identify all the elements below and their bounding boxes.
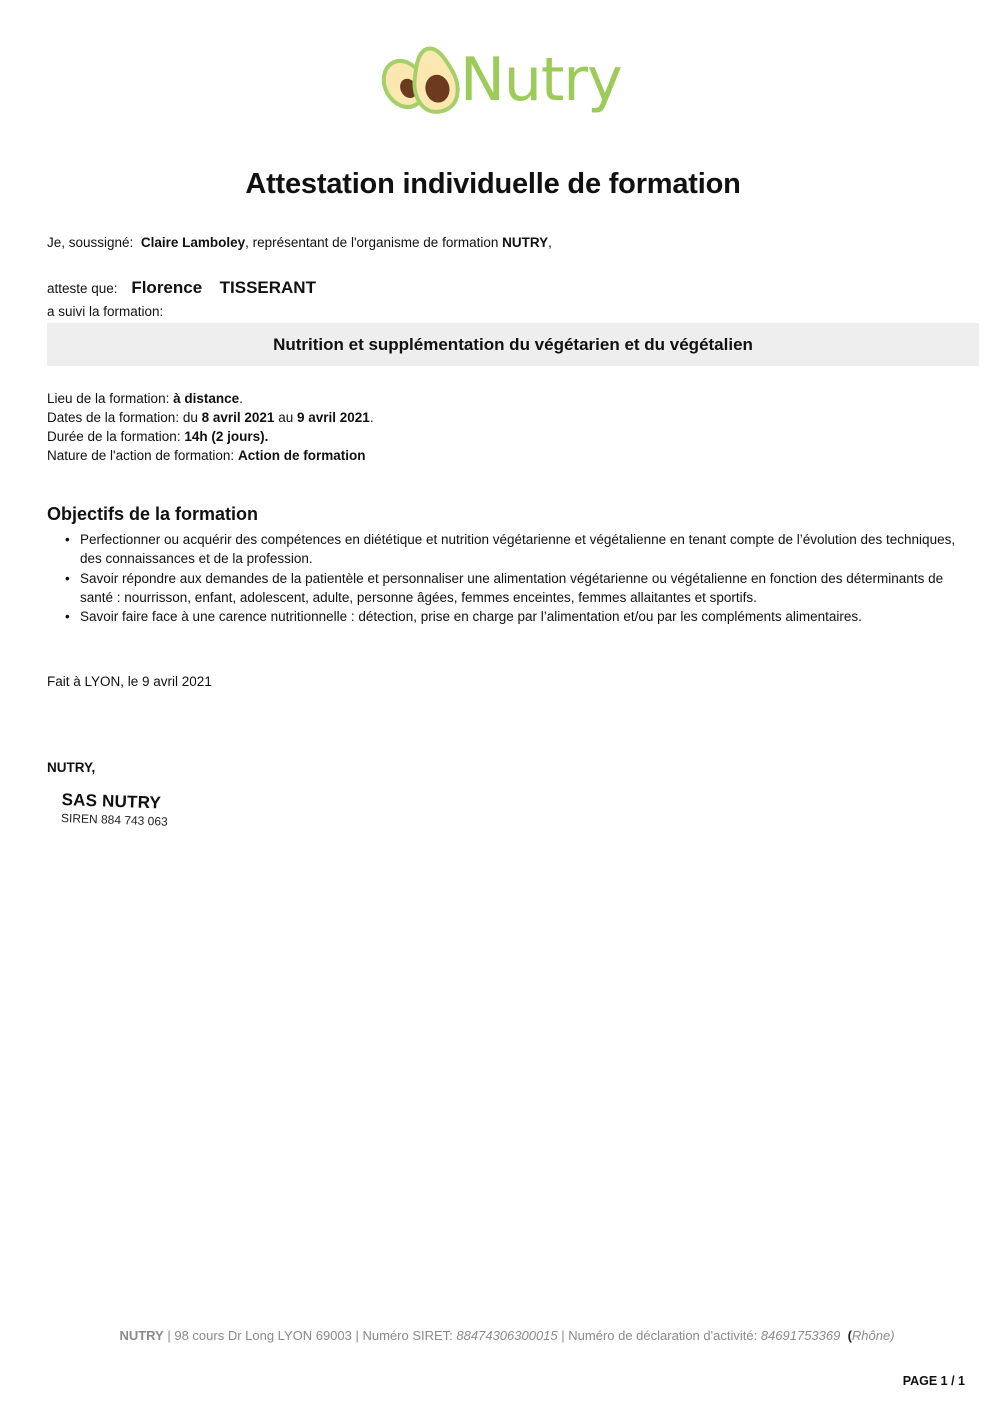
intro-line: Je, soussigné: Claire Lamboley, représen…	[47, 233, 552, 252]
training-details: Lieu de la formation: à distance. Dates …	[47, 389, 374, 465]
stamp-siren: SIREN 884 743 063	[61, 811, 168, 829]
objective-text: Savoir répondre aux demandes de la patie…	[80, 571, 943, 605]
page-title: Attestation individuelle de formation	[0, 168, 986, 201]
stamp-name: SAS NUTRY	[61, 790, 168, 814]
page-number: PAGE 1 / 1	[903, 1374, 965, 1388]
company-stamp: SAS NUTRY SIREN 884 743 063	[61, 790, 169, 829]
detail-lieu: Lieu de la formation: à distance.	[47, 389, 374, 408]
lieu-value: à distance	[173, 391, 239, 406]
objectives-list: •Perfectionner ou acquérir des compétenc…	[80, 530, 960, 626]
objective-text: Savoir faire face à une carence nutritio…	[80, 609, 862, 624]
nature-value: Action de formation	[238, 448, 366, 463]
attest-label: atteste que:	[47, 281, 118, 296]
course-title: Nutrition et supplémentation du végétari…	[273, 335, 753, 355]
nutry-logo: Nutry	[380, 40, 640, 120]
footer-decl-label: Numéro de déclaration d'activité:	[568, 1328, 757, 1343]
footer-siret-label: Numéro SIRET:	[362, 1328, 452, 1343]
dates-mid: au	[278, 410, 293, 425]
objectives-heading: Objectifs de la formation	[47, 504, 258, 525]
list-item: •Savoir faire face à une carence nutriti…	[80, 607, 960, 626]
dates-end: .	[370, 410, 374, 425]
lieu-label: Lieu de la formation:	[47, 391, 169, 406]
trainee-name: Florence TISSERANT	[131, 278, 316, 297]
date-end: 9 avril 2021	[297, 410, 370, 425]
course-title-band: Nutrition et supplémentation du végétari…	[47, 323, 979, 366]
intro-prefix: Je, soussigné:	[47, 235, 133, 250]
lieu-end: .	[239, 391, 243, 406]
organism-name: NUTRY	[502, 235, 548, 250]
intro-middle: , représentant de l'organisme de formati…	[245, 235, 498, 250]
footer-sep: |	[558, 1328, 569, 1343]
footer-decl: 84691753369	[761, 1328, 841, 1343]
attest-line: atteste que: Florence TISSERANT	[47, 278, 316, 298]
intro-suffix: ,	[548, 235, 552, 250]
nature-label: Nature de l'action de formation:	[47, 448, 234, 463]
attestation-document: Nutry Attestation individuelle de format…	[0, 0, 986, 1410]
duree-value: 14h (2 jours).	[184, 429, 268, 444]
place-date: Fait à LYON, le 9 avril 2021	[47, 672, 212, 691]
bullet-icon: •	[65, 607, 70, 626]
duree-label: Durée de la formation:	[47, 429, 181, 444]
bullet-icon: •	[65, 569, 70, 588]
followed-label: a suivi la formation:	[47, 302, 163, 321]
list-item: •Perfectionner ou acquérir des compétenc…	[80, 530, 960, 569]
footer: NUTRY | 98 cours Dr Long LYON 69003 | Nu…	[0, 1328, 986, 1343]
footer-sep: |	[164, 1328, 175, 1343]
footer-brand: NUTRY	[119, 1328, 163, 1343]
footer-sep: |	[352, 1328, 363, 1343]
detail-nature: Nature de l'action de formation: Action …	[47, 446, 374, 465]
logo-wordmark: Nutry	[460, 50, 622, 110]
dates-label: Dates de la formation: du	[47, 410, 198, 425]
signature-org: NUTRY,	[47, 758, 95, 777]
footer-address: 98 cours Dr Long LYON 69003	[174, 1328, 352, 1343]
representative-name: Claire Lamboley	[141, 235, 245, 250]
date-start: 8 avril 2021	[202, 410, 275, 425]
objective-text: Perfectionner ou acquérir des compétence…	[80, 532, 955, 566]
footer-region: Rhône)	[852, 1328, 895, 1343]
detail-dates: Dates de la formation: du 8 avril 2021 a…	[47, 408, 374, 427]
list-item: •Savoir répondre aux demandes de la pati…	[80, 569, 960, 608]
avocado-icon	[380, 42, 466, 118]
bullet-icon: •	[65, 530, 70, 549]
footer-siret: 88474306300015	[456, 1328, 557, 1343]
detail-duree: Durée de la formation: 14h (2 jours).	[47, 427, 374, 446]
